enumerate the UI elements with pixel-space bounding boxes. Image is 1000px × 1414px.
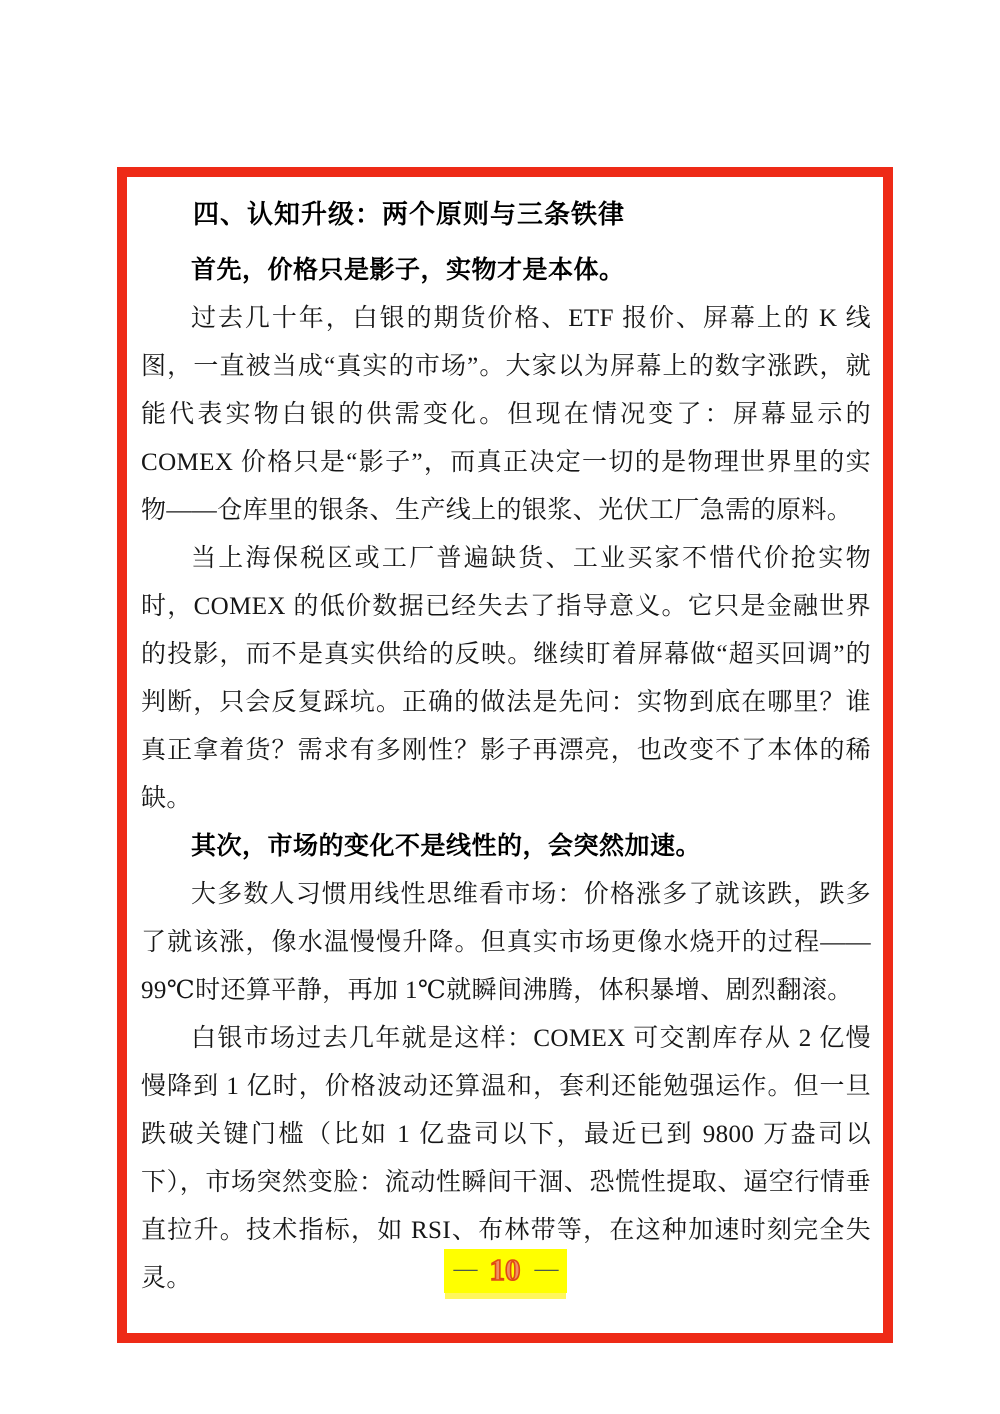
page-footer: — 10 — <box>127 1249 883 1293</box>
page-content: 四、认知升级：两个原则与三条铁律 首先，价格只是影子，实物才是本体。 过去几十年… <box>127 177 883 1303</box>
page-number-highlight: — 10 — <box>444 1249 567 1293</box>
paragraph-shadow-vs-substance: 过去几十年，白银的期货价格、ETF 报价、屏幕上的 K 线图，一直被当成“真实的… <box>141 295 871 535</box>
principle-2-subheading: 其次，市场的变化不是线性的，会突然加速。 <box>141 823 871 871</box>
page-number: 10 <box>490 1252 521 1287</box>
paragraph-comex-guidance: 当上海保税区或工厂普遍缺货、工业买家不惜代价抢实物时，COMEX 的低价数据已经… <box>141 535 871 823</box>
page-number-dash-right: — <box>535 1256 557 1282</box>
page-border-frame: 四、认知升级：两个原则与三条铁律 首先，价格只是影子，实物才是本体。 过去几十年… <box>117 167 893 1343</box>
section-heading: 四、认知升级：两个原则与三条铁律 <box>141 193 871 235</box>
principle-1-subheading: 首先，价格只是影子，实物才是本体。 <box>141 247 871 295</box>
page-number-dash-left: — <box>454 1256 476 1282</box>
paragraph-nonlinear-market: 大多数人习惯用线性思维看市场：价格涨多了就该跌，跌多了就该涨，像水温慢慢升降。但… <box>141 871 871 1015</box>
